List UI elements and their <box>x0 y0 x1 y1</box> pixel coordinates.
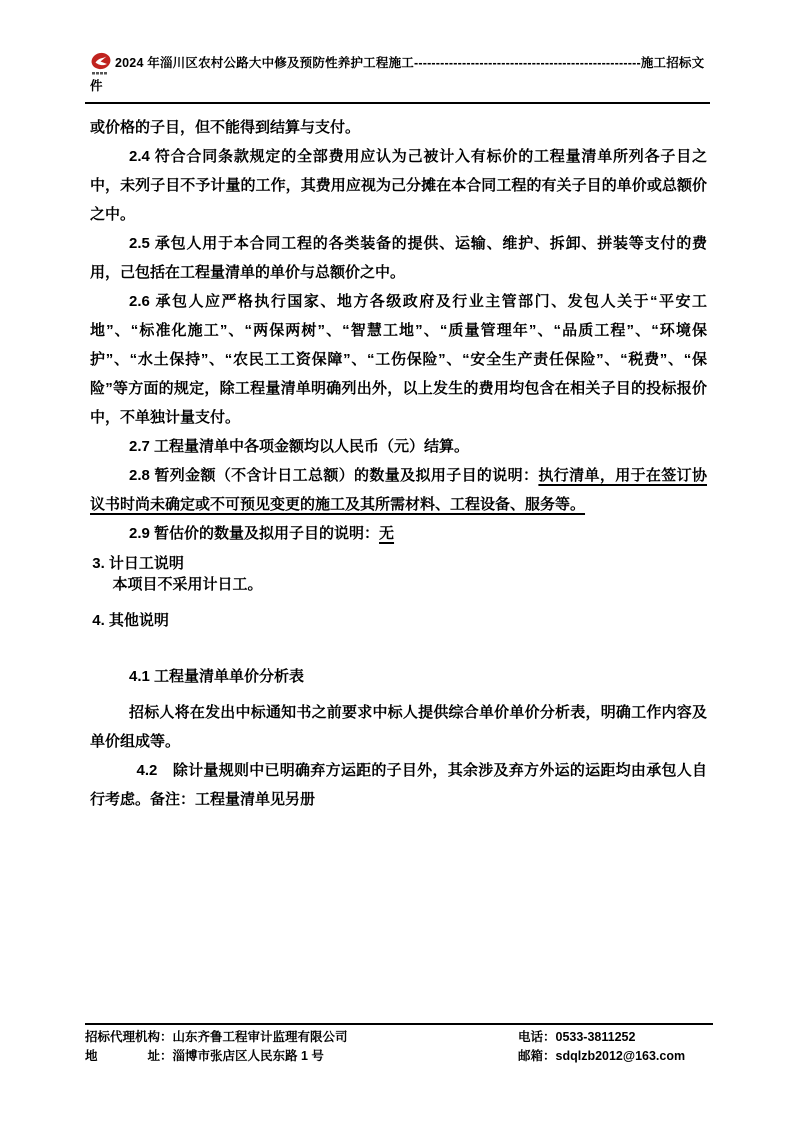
section-3-heading: 3. 计日工说明 <box>90 553 707 574</box>
paragraph-2-7: 2.7 工程量清单中各项金额均以人民币（元）结算。 <box>90 432 707 461</box>
document-header-title-line2: 件 <box>90 76 710 97</box>
header-divider <box>85 102 710 104</box>
section-4-heading: 4. 其他说明 <box>90 610 707 632</box>
paragraph-2-9-underlined-value: 无 <box>379 525 394 542</box>
footer-email: 邮箱：sdqlzb2012@163.com <box>518 1047 713 1066</box>
paragraph-2-6: 2.6 承包人应严格执行国家、地方各级政府及行业主管部门、发包人关于“平安工地”… <box>90 287 707 432</box>
footer-agency: 招标代理机构：山东齐鲁工程审计监理有限公司 <box>85 1028 518 1047</box>
paragraph-4-1-title: 4.1 工程量清单单价分析表 <box>90 662 707 691</box>
paragraph-2-4: 2.4 符合合同条款规定的全部费用应认为己被计入有标价的工程量清单所列各子目之中… <box>90 142 707 229</box>
footer-address: 地 址：淄博市张店区人民东路 1 号 <box>85 1047 518 1066</box>
logo-caption-marks <box>92 72 107 75</box>
document-body: 或价格的子目，但不能得到结算与支付。 2.4 符合合同条款规定的全部费用应认为己… <box>90 113 707 814</box>
paragraph-2-5: 2.5 承包人用于本合同工程的各类装备的提供、运输、维护、拆卸、拼装等支付的费用… <box>90 229 707 287</box>
document-header-title-line1: 2024 年淄川区农村公路大中修及预防性养护工程施工--------------… <box>115 53 704 74</box>
paragraph-4-2: 4.2 除计量规则中已明确弃方运距的子目外，其余涉及弃方外运的运距均由承包人自行… <box>90 756 707 814</box>
page-header: 2024 年淄川区农村公路大中修及预防性养护工程施工--------------… <box>0 0 793 97</box>
company-logo-icon <box>90 52 114 76</box>
paragraph-2-8-label: 2.8 暂列金额（不含计日工总额）的数量及拟用子目的说明： <box>129 467 538 484</box>
section-3: 3. 计日工说明 本项目不采用计日工。 <box>90 553 707 595</box>
document-page: 2024 年淄川区农村公路大中修及预防性养护工程施工--------------… <box>0 0 793 1122</box>
footer-phone: 电话：0533-3811252 <box>518 1028 713 1047</box>
paragraph-intro: 或价格的子目，但不能得到结算与支付。 <box>90 113 707 142</box>
paragraph-3-1: 本项目不采用计日工。 <box>90 574 707 595</box>
paragraph-2-8: 2.8 暂列金额（不含计日工总额）的数量及拟用子目的说明：执行清单，用于在签订协… <box>90 461 707 519</box>
page-footer: 招标代理机构：山东齐鲁工程审计监理有限公司 电话：0533-3811252 地 … <box>85 1023 713 1066</box>
paragraph-4-1-text: 招标人将在发出中标通知书之前要求中标人提供综合单价单价分析表，明确工作内容及单价… <box>90 698 707 756</box>
paragraph-2-9: 2.9 暂估价的数量及拟用子目的说明：无 <box>90 519 707 548</box>
paragraph-2-9-label: 2.9 暂估价的数量及拟用子目的说明： <box>129 525 379 542</box>
